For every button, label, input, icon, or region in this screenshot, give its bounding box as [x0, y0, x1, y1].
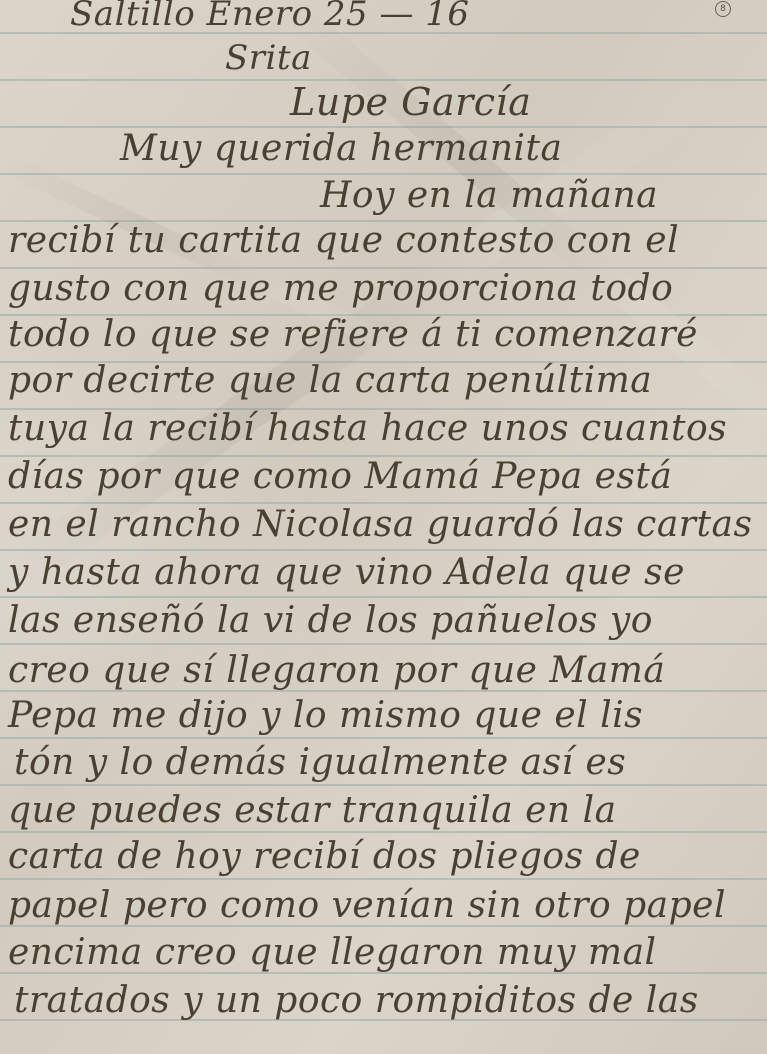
salutation-title: Srita — [225, 38, 312, 78]
page-number-badge: 8 — [715, 1, 731, 17]
letter-line: tón y lo demás igualmente así es — [14, 742, 626, 783]
letter-line: gusto con que me proporciona todo — [8, 268, 673, 309]
letter-line: encima creo que llegaron muy mal — [8, 932, 657, 973]
letter-line: recibí tu cartita que contesto con el — [8, 220, 679, 261]
letter-line: tuya la recibí hasta hace unos cuantos — [8, 408, 727, 449]
letter-line: las enseñó la vi de los pañuelos yo — [8, 600, 653, 641]
letter-line: creo que sí llegaron por que Mamá — [8, 650, 665, 691]
letter-line: Pepa me dijo y lo mismo que el lis — [8, 695, 643, 736]
letter-line: por decirte que la carta penúltima — [8, 360, 652, 401]
recipient-name: Lupe García — [290, 80, 531, 124]
letter-line: días por que como Mamá Pepa está — [8, 456, 672, 497]
letter-line: y hasta ahora que vino Adela que se — [8, 552, 685, 593]
letter-line: carta de hoy recibí dos pliegos de — [8, 836, 641, 877]
letter-line: papel pero como venían sin otro papel — [8, 885, 726, 926]
letter-page: 8 Saltillo Enero 25 — 16 Srita Lupe Garc… — [0, 0, 767, 1054]
letter-line: Hoy en la mañana — [320, 175, 658, 216]
letter-line: tratados y un poco rompiditos de las — [14, 980, 699, 1021]
letter-line: en el rancho Nicolasa guardó las cartas — [8, 504, 752, 545]
letter-line: que puedes estar tranquila en la — [8, 790, 617, 831]
place-date-heading: Saltillo Enero 25 — 16 — [70, 0, 470, 34]
letter-line: todo lo que se refiere á ti comenzaré — [8, 314, 698, 355]
greeting: Muy querida hermanita — [120, 128, 562, 169]
